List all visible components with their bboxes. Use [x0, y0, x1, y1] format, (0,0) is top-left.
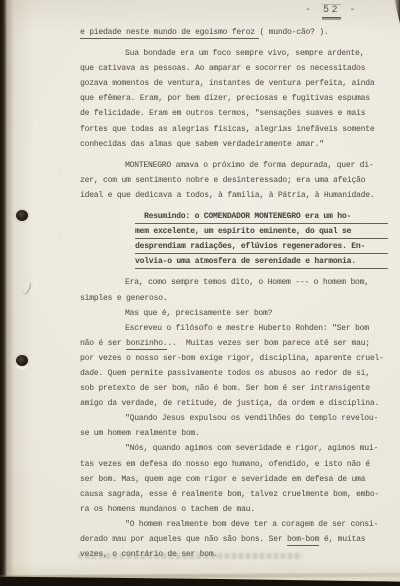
text-segment: por vezes o nosso ser-bom exige rigor, d… — [80, 354, 384, 363]
page-number-prefix: - — [305, 5, 322, 16]
text-segment: Mas que é, precisamente ser bom? — [125, 309, 272, 318]
text-segment: .. Muitas vezes ser bom parece até ser m… — [167, 339, 369, 348]
text-line: simples e generoso. — [80, 291, 395, 306]
text-segment: ( mundo-cão? ). — [259, 28, 328, 37]
text-line: sob pretexto de ser bom, não é bom. Ser … — [80, 381, 395, 396]
text-segment: Resumindo: o COMENDADOR MONTENEGRO era u… — [144, 212, 351, 221]
pencil-mark — [20, 281, 33, 296]
text-line: tas vezes em defesa do nosso ego humano,… — [80, 457, 395, 472]
text-line: Mas que é, precisamente ser bom? — [80, 306, 395, 321]
page-number-value: 52 — [322, 4, 341, 18]
underlined-text: bom-bom — [287, 535, 319, 546]
scanned-document-page: - 52 - e piedade neste mundo de egoismo … — [0, 0, 400, 586]
text-segment: desprendiam radiações, eflúvios regenera… — [135, 242, 365, 251]
text-segment: simples e generoso. — [80, 294, 167, 303]
text-line: que cativava as pessoas. Ao amparar e so… — [80, 61, 395, 76]
text-line: se um homem realmente bom. — [80, 426, 395, 441]
text-line: "O homem realmente bom deve ter a corage… — [80, 517, 395, 532]
text-segment: ra os homens mundanos o tachem de mau. — [80, 505, 255, 514]
text-line: causa sagrada, esse é realmente bom, tal… — [80, 487, 395, 502]
text-segment: de felicidade. Eram em outros termos, "s… — [80, 109, 365, 118]
punch-hole-top — [16, 210, 28, 221]
text-segment: é, muitas — [319, 535, 365, 544]
text-segment: sob pretexto de ser bom, não é bom. Ser … — [80, 384, 370, 393]
text-line: por vezes o nosso ser-bom exige rigor, d… — [80, 351, 395, 366]
text-line: "Quando Jesus expulsou os vendilhões do … — [80, 411, 395, 426]
text-segment: causa sagrada, esse é realmente bom, tal… — [80, 490, 379, 499]
text-segment: amigo da verdade, de retitude, de justiç… — [80, 399, 379, 408]
text-line: mem excelente, um espirito eminente, do … — [135, 224, 388, 239]
text-line: derado mau por aqueles que não são bons.… — [80, 532, 395, 547]
text-line: desprendiam radiações, eflúvios regenera… — [135, 239, 388, 254]
text-line: dade. Quem permite passivamente todos os… — [80, 366, 395, 381]
ink-bleed-ghost — [78, 553, 303, 559]
text-segment: Era, como sempre temos dito, o Homem ---… — [125, 278, 369, 287]
text-segment: MONTENEGRO amava o próximo de forma depu… — [125, 161, 373, 170]
text-segment: gozava momentos de ventura, instantes de… — [80, 79, 374, 88]
text-line: conhecidas das almas que sabem verdadeir… — [80, 137, 395, 152]
text-segment: "Nós, quando agimos com severidade e rig… — [125, 444, 378, 453]
text-line: Resumindo: o COMENDADOR MONTENEGRO era u… — [135, 209, 388, 224]
text-line: não é ser bonzinho... Muitas vezes ser b… — [80, 336, 395, 351]
text-segment: Sua bondade era um foco sempre vivo, sem… — [125, 49, 364, 58]
text-line: fortes que todas as alegrias físicas, al… — [80, 122, 395, 137]
text-line: e piedade neste mundo de egoismo feroz (… — [80, 25, 395, 40]
text-line: gozava momentos de ventura, instantes de… — [80, 76, 395, 91]
underlined-text: bonzinho. — [126, 339, 167, 350]
scan-edge-top-right — [393, 0, 400, 24]
text-segment: conhecidas das almas que sabem verdadeir… — [80, 140, 324, 149]
text-line: zer, com um sentimento nobre e desintere… — [80, 173, 395, 188]
text-segment: ser bom. Mas, quem age com rigor e sever… — [80, 475, 365, 484]
text-segment: zer, com um sentimento nobre e desintere… — [80, 176, 365, 185]
text-segment: que cativava as pessoas. Ao amparar e so… — [80, 64, 365, 73]
scan-edge-left — [0, 0, 14, 586]
text-segment: tas vezes em defesa do nosso ego humano,… — [80, 460, 370, 469]
text-line: Escreveu o filósofo e mestre Huberto Roh… — [80, 321, 395, 336]
text-segment: fortes que todas as alegrias físicas, al… — [80, 125, 374, 134]
text-line: ra os homens mundanos o tachem de mau. — [80, 502, 395, 517]
text-line: volvia-o uma atmosfera de serenidade e h… — [135, 254, 388, 269]
text-line: MONTENEGRO amava o próximo de forma depu… — [80, 158, 395, 173]
text-line: ideal e que dedicava a todos, à familia,… — [80, 188, 395, 203]
text-line: Era, como sempre temos dito, o Homem ---… — [80, 275, 395, 290]
text-line: "Nós, quando agimos com severidade e rig… — [80, 441, 395, 456]
punch-hole-bottom — [16, 355, 28, 366]
text-segment: dade. Quem permite passivamente todos os… — [80, 369, 370, 378]
page-number-suffix: - — [341, 5, 358, 16]
text-segment: derado mau por aqueles que não são bons.… — [80, 535, 287, 544]
text-segment: Escreveu o filósofo e mestre Huberto Roh… — [125, 324, 369, 333]
page-number: - 52 - — [305, 5, 358, 16]
text-segment: "O homem realmente bom deve ter a corage… — [125, 520, 378, 529]
text-segment: volvia-o uma atmosfera de serenidade e h… — [135, 257, 356, 266]
text-segment: mem excelente, um espirito eminente, do … — [135, 227, 351, 236]
text-segment: não é ser — [80, 339, 126, 348]
text-line: ser bom. Mas, quem age com rigor e sever… — [80, 472, 395, 487]
text-segment: se um homem realmente bom. — [80, 429, 200, 438]
text-segment: ideal e que dedicava a todos, à familia,… — [80, 191, 374, 200]
text-line: amigo da verdade, de retitude, de justiç… — [80, 396, 395, 411]
text-segment: "Quando Jesus expulsou os vendilhões do … — [125, 414, 378, 423]
document-lines: e piedade neste mundo de egoismo feroz (… — [80, 25, 395, 562]
text-line: que efêmera. Eram, por bem dizer, precio… — [80, 91, 395, 106]
text-line: de felicidade. Eram em outros termos, "s… — [80, 106, 395, 121]
text-segment: que efêmera. Eram, por bem dizer, precio… — [80, 94, 370, 103]
underlined-text: e piedade neste mundo de egoismo feroz — [80, 28, 259, 39]
text-line: Sua bondade era um foco sempre vivo, sem… — [80, 46, 395, 61]
